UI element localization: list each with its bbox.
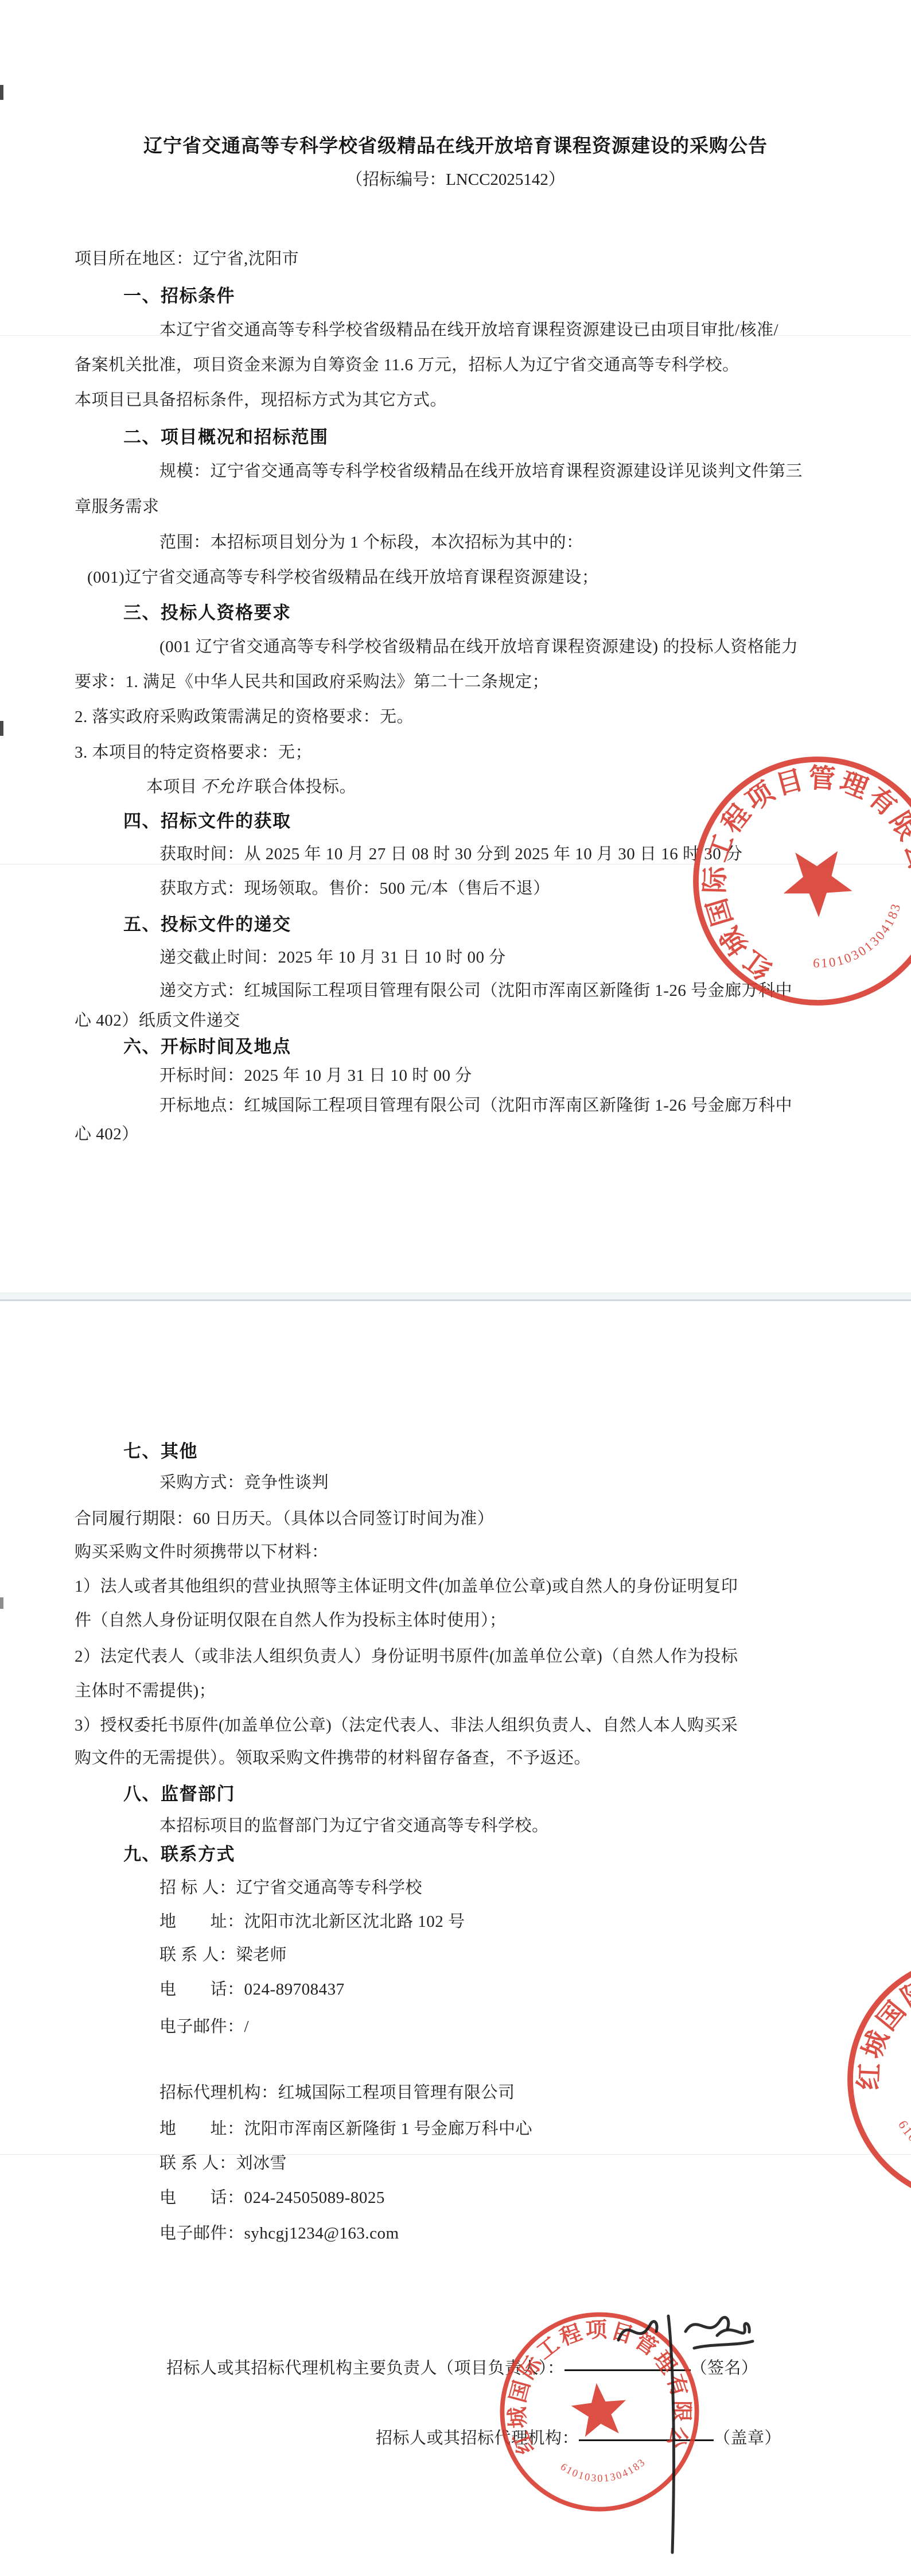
agency-address: 地 址：沈阳市浑南区新隆街 1 号金廊万科中心 (159, 2116, 532, 2139)
contact-phone: 电 话：024-89708437 (159, 1976, 345, 2000)
agency-contact-person: 联 系 人：刘冰雪 (159, 2150, 287, 2174)
s7-line-6: 2）法定代表人（或非法人组织负责人）身份证明书原件(加盖单位公章)（自然人作为投… (75, 1643, 738, 1667)
s6-line-3: 心 402） (75, 1121, 139, 1145)
joint-bid-italic: 不允许 (201, 778, 252, 796)
s7-line-2: 合同履行期限：60 日历天。（具体以合同签订时间为准） (75, 1506, 494, 1529)
section-8-heading: 八、监督部门 (123, 1779, 235, 1805)
joint-bid-post: 联合体投标。 (255, 778, 356, 796)
s8-line-1: 本招标项目的监督部门为辽宁省交通高等专科学校。 (159, 1813, 549, 1836)
section-3-heading: 三、投标人资格要求 (123, 598, 291, 624)
s6-line-1: 开标时间：2025 年 10 月 31 日 10 时 00 分 (159, 1062, 472, 1086)
handwritten-signature-name: 刘冰雪 (0, 1301, 1, 1302)
section-7-heading: 七、其他 (123, 1437, 198, 1462)
section-2-heading: 二、项目概况和招标范围 (123, 422, 329, 448)
scan-edge-mark (0, 85, 3, 100)
scan-artifact-line (0, 2154, 911, 2155)
s7-line-4: 1）法人或者其他组织的营业执照等主体证明文件(加盖单位公章)或自然人的身份证明复… (75, 1573, 738, 1597)
s2-line-1: 规模：辽宁省交通高等专科学校省级精品在线开放培育课程资源建设详见谈判文件第三 (159, 458, 803, 482)
s3-line-4: 3. 本项目的特定资格要求：无； (75, 739, 312, 763)
doc-subtitle: （招标编号：LNCC2025142） (0, 166, 911, 190)
s7-line-3: 购买采购文件时须携带以下材料： (75, 1539, 329, 1562)
contact-email: 电子邮件：/ (159, 2014, 249, 2037)
s7-line-7: 主体时不需提供)； (75, 1678, 216, 1701)
region-line: 项目所在地区：辽宁省,沈阳市 (75, 246, 299, 269)
s7-line-9: 购文件的无需提供）。领取采购文件携带的材料留存备查，不予返还。 (75, 1745, 591, 1768)
contact-tenderer: 招 标 人：辽宁省交通高等专科学校 (159, 1875, 422, 1898)
svg-text:红城国际工程项目管理有限公司: 红城国际工程项目管理有限公司 (616, 680, 911, 1028)
seal-star-icon (768, 831, 863, 925)
section-4-heading: 四、招标文件的获取 (123, 806, 291, 832)
scan-edge-mark (0, 1597, 3, 1609)
s2-line-4: (001)辽宁省交通高等专科学校省级精品在线开放培育课程资源建设； (87, 564, 598, 588)
s5-line-2: 递交方式：红城国际工程项目管理有限公司（沈阳市浑南区新隆街 1-26 号金廊万科… (159, 977, 792, 1001)
procurement-announcement-scan: 辽宁省交通高等专科学校省级精品在线开放培育课程资源建设的采购公告 （招标编号：L… (0, 0, 911, 2576)
doc-title: 辽宁省交通高等专科学校省级精品在线开放培育课程资源建设的采购公告 (0, 131, 911, 158)
s3-joint-bid-line: 本项目不允许联合体投标。 (146, 774, 356, 797)
agency-email: 电子邮件：syhcgj1234@163.com (159, 2220, 399, 2244)
s7-line-8: 3）授权委托书原件(加盖单位公章)（法定代表人、非法人组织负责人、自然人本人购买… (75, 1712, 738, 1736)
seal-company-name: 红城国际工程项目管理有限公司 (616, 680, 911, 1028)
s3-line-2: 要求：1. 满足《中华人民共和国政府采购法》第二十二条规定； (75, 669, 549, 692)
agency-phone: 电 话：024-24505089-8025 (159, 2185, 385, 2208)
s1-line-2: 备案机关批准，项目资金来源为自筹资金 11.6 万元，招标人为辽宁省交通高等专科… (75, 352, 739, 375)
s2-line-2: 章服务需求 (75, 494, 159, 517)
section-6-heading: 六、开标时间及地点 (123, 1032, 291, 1058)
s7-line-5: 件（自然人身份证明仅限在自然人作为投标主体时使用）； (75, 1607, 507, 1631)
agency-name: 招标代理机构：红城国际工程项目管理有限公司 (159, 2080, 515, 2103)
scan-edge-mark (0, 721, 3, 736)
company-seal-page1: 红城国际工程项目管理有限公司 61010301304183 (616, 680, 911, 1083)
s4-line-2: 获取方式：现场领取。售价：500 元/本（售后不退） (159, 875, 550, 899)
s6-line-2: 开标地点：红城国际工程项目管理有限公司（沈阳市浑南区新隆街 1-26 号金廊万科… (159, 1092, 792, 1116)
section-9-heading: 九、联系方式 (123, 1840, 235, 1865)
s5-line-3: 心 402）纸质文件递交 (75, 1007, 240, 1031)
s2-line-3: 范围：本招标项目划分为 1 个标段，本次招标为其中的： (159, 529, 583, 553)
contact-person: 联 系 人：梁老师 (159, 1942, 287, 1965)
section-1-heading: 一、招标条件 (123, 281, 235, 307)
page-2: 七、其他 采购方式：竞争性谈判 合同履行期限：60 日历天。（具体以合同签订时间… (0, 1301, 911, 2576)
joint-bid-pre: 本项目 (146, 778, 197, 796)
contact-address: 地 址：沈阳市沈北新区沈北路 102 号 (159, 1908, 465, 1932)
s3-line-1: (001 辽宁省交通高等专科学校省级精品在线开放培育课程资源建设) 的投标人资格… (159, 634, 798, 657)
company-seal-page2-edge: 红城国际工程项目管理有限公司 61010301304183 (791, 1899, 911, 2260)
s7-line-1: 采购方式：竞争性谈判 (159, 1469, 329, 1493)
s3-line-3: 2. 落实政府采购政策需满足的资格要求：无。 (75, 704, 414, 727)
section-5-heading: 五、投标文件的递交 (123, 910, 291, 936)
handwritten-signature (608, 2300, 769, 2570)
s5-line-1: 递交截止时间：2025 年 10 月 31 日 10 时 00 分 (159, 944, 506, 968)
s1-line-1: 本辽宁省交通高等专科学校省级精品在线开放培育课程资源建设已由项目审批/核准/ (159, 317, 778, 340)
page-divider (0, 1293, 911, 1301)
s1-line-3: 本项目已具备招标条件，现招标方式为其它方式。 (75, 387, 447, 410)
page-1: 辽宁省交通高等专科学校省级精品在线开放培育课程资源建设的采购公告 （招标编号：L… (0, 0, 911, 1293)
